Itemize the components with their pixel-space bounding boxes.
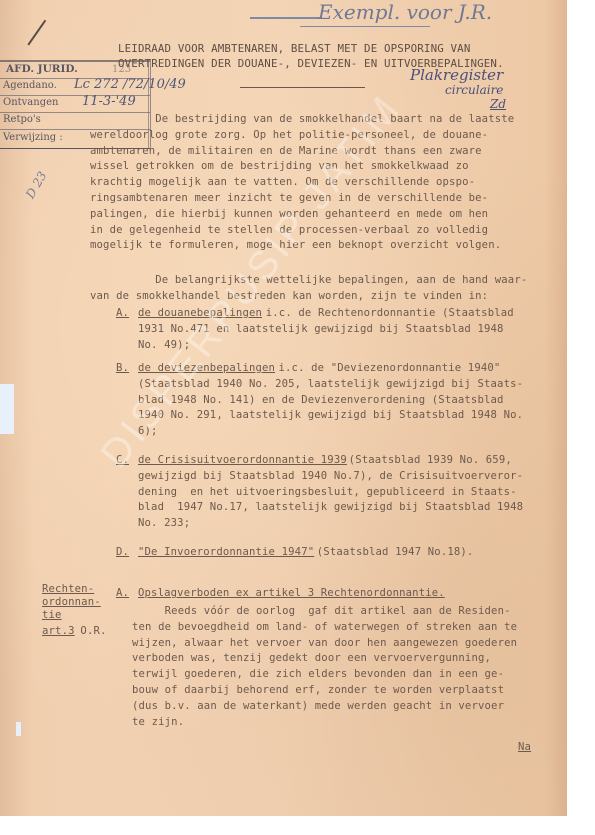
stamp-label-agenda: Agendano. (3, 80, 57, 91)
handwritten-right-note-3: Zd (490, 97, 506, 111)
stamp-label-retpos: Retpo's (3, 114, 41, 125)
intro-line: ringsambtenaren meer inzicht te geven in… (90, 192, 488, 204)
intro-line: wereldoorlog grote zorg. Op het politie-… (90, 129, 488, 141)
item-title: de deviezenbepalingen (138, 362, 275, 374)
item-letter: A. (116, 307, 129, 319)
stamp-header: AFD. JURID. (6, 63, 78, 75)
intro-line: palingen, die hierbij kunnen worden geha… (90, 208, 488, 220)
item-title: de Crisisuitvoerordonnantie 1939 (138, 454, 347, 466)
intro-line: mogelijk te formuleren, moge hier een be… (90, 239, 501, 251)
section-a-line: te zijn. (132, 716, 184, 728)
paper-tear (16, 722, 21, 736)
intro-line: ambtenaren, de militairen en de Marine w… (90, 145, 482, 157)
second-paragraph-line: De belangrijkste wettelijke bepalingen, … (90, 274, 527, 286)
section-a-line: Reeds vóór de oorlog gaf dit artikel aan… (132, 605, 511, 617)
item-title: "De Invoerordonnantie 1947" (138, 546, 314, 558)
intro-line: De bestrijding van de smokkelhandel baar… (90, 113, 514, 125)
intro-line: in de gelegenheid te stellen de processe… (90, 224, 488, 236)
item-text-line: 6); (138, 425, 158, 437)
stamp-value-received: 11-3-'49 (82, 94, 136, 109)
pencil-mark (27, 20, 45, 45)
section-a-heading: Opslagverboden ex artikel 3 Rechtenordon… (138, 587, 445, 599)
stamp-top-line (0, 60, 150, 62)
handwritten-right-note-2: circulaire (445, 83, 503, 97)
item-letter: C. (116, 454, 129, 466)
stamp-header-extra: 123 (112, 64, 131, 75)
second-paragraph-line: van de smokkelhandel bestreden kan worde… (90, 290, 488, 302)
document-page: Exempl. voor J.R. LEIDRAAD VOOR AMBTENAR… (0, 0, 567, 816)
intro-line: krachtig mogelijk aan te vatten. Om de v… (90, 176, 475, 188)
item-text-line: (Staatsblad 1947 No.18). (310, 546, 473, 558)
section-a-line: terwijl goederen, die zich elders bevond… (132, 668, 504, 680)
title-divider (240, 87, 365, 88)
section-a-line: ten de bevoegdheid om land- of waterwege… (132, 621, 517, 633)
document-title-line-1: LEIDRAAD VOOR AMBTENAREN, BELAST MET DE … (118, 42, 470, 55)
handwritten-underline (300, 26, 430, 27)
item-text-line: (Staatsblad 1940 No. 205, laatstelijk ge… (138, 378, 523, 390)
item-text-line: 1940 No. 291, laatstelijk gewijzigd bij … (138, 409, 523, 421)
section-a-line: bouw of daarbij behorend erf, zonder te … (132, 684, 504, 696)
item-text-line: No. 233; (138, 517, 190, 529)
margin-note: D 23 (23, 169, 49, 201)
stamp-label-received: Ontvangen (3, 97, 58, 108)
item-text-line: (Staatsblad 1939 No. 659, (342, 454, 512, 466)
paper-tear (0, 384, 14, 434)
intro-line: wissel getrokken om de bestrijding van h… (90, 160, 469, 172)
handwritten-top-note: Exempl. voor J.R. (318, 0, 492, 24)
item-letter: D. (116, 546, 129, 558)
item-letter: B. (116, 362, 129, 374)
item-text-line: i.c. de "Deviezenordonnantie 1940" (272, 362, 500, 374)
item-text-line: blad 1947 No.17, laatstelijk gewijzigd b… (138, 501, 523, 513)
item-text-line: dening en het uitvoeringsbesluit, gepubl… (138, 486, 517, 498)
item-text-line: No. 49); (138, 339, 190, 351)
side-note-line: Rechten- (42, 583, 94, 595)
side-note-line: art.3 (42, 625, 75, 637)
item-text-line: gewijzigd bij Staatsblad 1940 No.7), de … (138, 470, 523, 482)
item-text-line: blad 1948 No. 141) en de Deviezenverorde… (138, 394, 504, 406)
side-note-line: O.R. (74, 625, 107, 637)
handwritten-arrow (250, 17, 322, 19)
section-a-letter: A. (116, 587, 129, 599)
continuation-marker: Na (518, 741, 531, 753)
handwritten-right-note-1: Plakregister (410, 66, 503, 84)
section-a-line: verboden was, tenzij gedekt door een ver… (132, 652, 491, 664)
section-a-line: (dus b.v. aan de waterkant) mede werden … (132, 700, 504, 712)
side-note-line: ordonnan- (42, 596, 101, 608)
side-note-line: tie (42, 609, 62, 621)
stamp-value-agenda: Lc 272 /72/10/49 (74, 77, 186, 92)
stamp-label-reference: Verwijzing : (3, 132, 63, 143)
item-title: de douanebepalingen (138, 307, 262, 319)
item-text-line: 1931 No.471 en laatstelijk gewijzigd bij… (138, 323, 504, 335)
section-a-line: wijzen, alwaar het vervoer van door hen … (132, 637, 517, 649)
item-text-line: i.c. de Rechtenordonnantie (Staatsblad (259, 307, 514, 319)
